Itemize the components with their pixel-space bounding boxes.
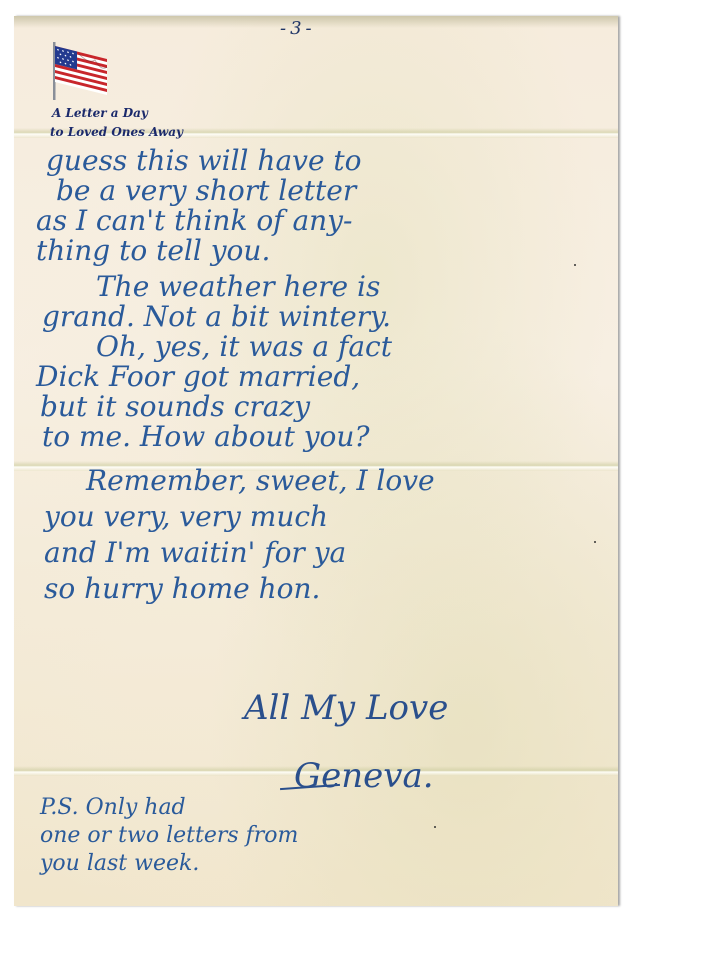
- motto-line-2: to Loved Ones Away: [50, 123, 190, 142]
- letter-body: guess this will have to be a very short …: [36, 146, 616, 604]
- body-line: as I can't think of any-: [36, 206, 616, 236]
- body-line: The weather here is: [36, 272, 616, 302]
- postscript: P.S. Only had one or two letters from yo…: [40, 794, 298, 878]
- letterhead: A Letter a Day to Loved Ones Away: [50, 40, 190, 142]
- body-line: Dick Foor got married,: [36, 362, 616, 392]
- top-edge-shadow: [14, 16, 618, 28]
- body-line: grand. Not a bit wintery.: [36, 302, 616, 332]
- ink-speck: [574, 264, 576, 266]
- body-line: be a very short letter: [36, 176, 616, 206]
- postscript-line: you last week.: [40, 850, 298, 878]
- body-line: guess this will have to: [36, 146, 616, 176]
- body-line: but it sounds crazy: [36, 392, 616, 422]
- postscript-line: one or two letters from: [40, 822, 298, 850]
- page-number: -3-: [280, 18, 316, 39]
- body-line: to me. How about you?: [36, 422, 616, 452]
- body-line: thing to tell you.: [36, 236, 616, 266]
- postscript-line: P.S. Only had: [40, 794, 298, 822]
- letterhead-motto: A Letter a Day to Loved Ones Away: [50, 104, 190, 142]
- body-line: so hurry home hon.: [36, 574, 616, 604]
- body-line: and I'm waitin' for ya: [36, 538, 616, 568]
- ink-speck: [434, 826, 436, 828]
- motto-line-1: A Letter a Day: [50, 104, 190, 123]
- body-line: you very, very much: [36, 502, 616, 532]
- closing-salutation: All My Love: [244, 688, 448, 728]
- letter-paper: -3-: [14, 16, 618, 906]
- american-flag-icon: [50, 40, 110, 100]
- signature: Geneva.: [294, 756, 434, 796]
- body-line: Remember, sweet, I love: [36, 466, 616, 496]
- body-line: Oh, yes, it was a fact: [36, 332, 616, 362]
- ink-speck: [594, 541, 596, 543]
